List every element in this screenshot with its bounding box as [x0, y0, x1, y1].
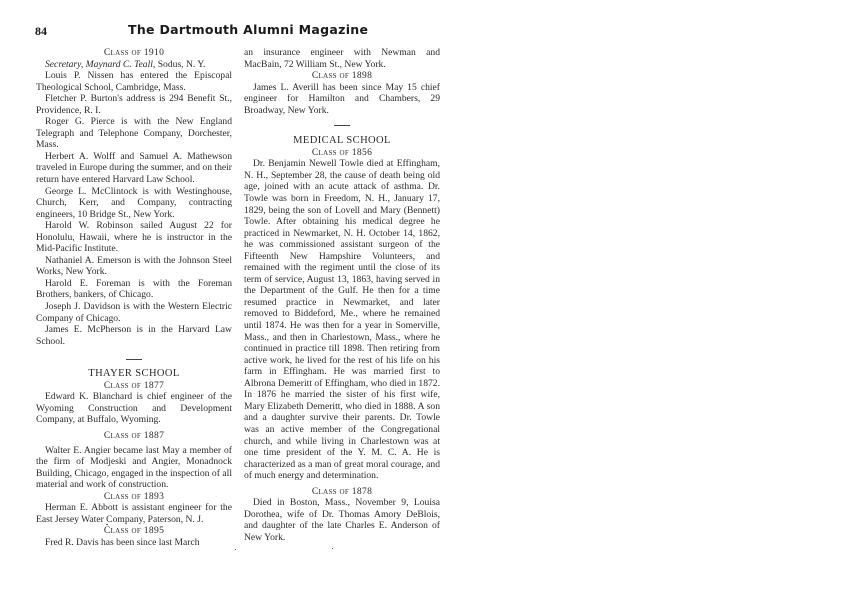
page-number: 84	[35, 24, 47, 39]
news-entry: Roger G. Pierce is with the New England …	[36, 116, 232, 151]
class-heading-1910: Class of 1910	[36, 47, 232, 59]
news-entry: Harold E. Foreman is with the Foreman Br…	[36, 278, 232, 301]
right-column: an insurance engineer with Newman and Ma…	[244, 47, 440, 543]
scan-speck	[235, 549, 236, 550]
secretary-location: Sodus, N. Y.	[155, 59, 205, 70]
class-heading-1877: Class of 1877	[36, 380, 232, 392]
section-heading-medical-school: MEDICAL SCHOOL	[244, 135, 440, 147]
class-heading-1895: Class of 1895	[36, 525, 232, 537]
class-heading-1898: Class of 1898	[244, 70, 440, 82]
running-title: The Dartmouth Alumni Magazine	[128, 22, 368, 37]
news-entry: Joseph J. Davidson is with the Western E…	[36, 301, 232, 324]
class-heading-1878: Class of 1878	[244, 486, 440, 498]
news-entry: Louis P. Nissen has entered the Episcopa…	[36, 70, 232, 93]
obituary-entry: Died in Boston, Mass., November 9, Louis…	[244, 497, 440, 543]
class-heading-1893: Class of 1893	[36, 491, 232, 503]
news-entry: Walter E. Angier became last May a membe…	[36, 445, 232, 491]
news-entry: James E. McPherson is in the Harvard Law…	[36, 324, 232, 347]
scan-speck	[332, 548, 333, 549]
news-entry: Harold W. Robinson sailed August 22 for …	[36, 220, 232, 255]
left-column: Class of 1910 Secretary, Maynard C. Teal…	[36, 47, 232, 548]
class-secretary: Secretary, Maynard C. Teall, Sodus, N. Y…	[36, 59, 232, 71]
magazine-page: 84 The Dartmouth Alumni Magazine Class o…	[0, 0, 852, 600]
news-entry: Herbert A. Wolff and Samuel A. Mathewson…	[36, 151, 232, 186]
news-entry: James L. Averill has been since May 15 c…	[244, 82, 440, 117]
secretary-name: Secretary, Maynard C. Teall,	[45, 59, 155, 70]
news-entry: Nathaniel A. Emerson is with the Johnson…	[36, 255, 232, 278]
class-heading-1887: Class of 1887	[36, 430, 232, 442]
news-entry: Fred R. Davis has been since last March	[36, 537, 232, 549]
obituary-entry: Dr. Benjamin Newell Towle died at Effing…	[244, 158, 440, 481]
news-entry: Edward K. Blanchard is chief engineer of…	[36, 391, 232, 426]
news-entry: Fletcher P. Burton's address is 294 Bene…	[36, 93, 232, 116]
class-heading-1856: Class of 1856	[244, 147, 440, 159]
news-entry: George L. McClintock is with Westinghous…	[36, 186, 232, 221]
section-heading-thayer-school: THAYER SCHOOL	[36, 368, 232, 380]
news-entry: Herman E. Abbott is assistant engineer f…	[36, 502, 232, 525]
scan-speck	[106, 524, 108, 525]
continued-entry: an insurance engineer with Newman and Ma…	[244, 47, 440, 70]
